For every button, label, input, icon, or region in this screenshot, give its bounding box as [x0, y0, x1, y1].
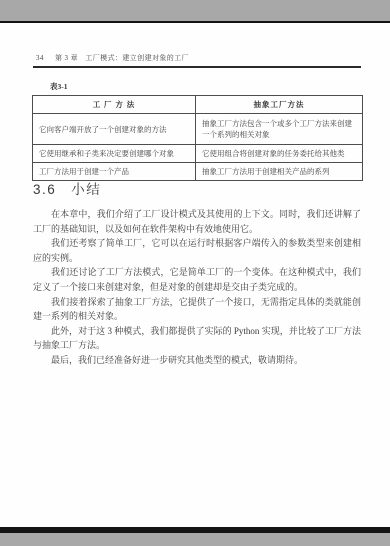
scanned-book-page-view: 34 第 3 章 工厂模式：建立创建对象的工厂 表3-1 工 厂 方 法 抽象工…: [0, 0, 390, 546]
page-number: 34: [36, 54, 44, 62]
running-header: 34 第 3 章 工厂模式：建立创建对象的工厂: [36, 53, 356, 63]
paragraph: 在本章中，我们介绍了工厂设计模式及其使用的上下文。同时，我们还讲解了工厂的基础知…: [33, 207, 361, 236]
table-cell: 它使用继承和子类来决定要创建哪个对象: [33, 145, 196, 163]
table-caption: 表3-1: [50, 81, 68, 92]
table-cell: 它向客户端开放了一个创建对象的方法: [33, 114, 196, 145]
paragraph: 我们还讨论了工厂方法模式，它是简单工厂的一个变体。在这种模式中，我们定义了一个接…: [33, 265, 361, 294]
table-row: 它使用继承和子类来决定要创建哪个对象 它使用组合将创建对象的任务委托给其他类: [33, 145, 363, 163]
table-cell: 抽象工厂方法用于创建相关产品的系列: [196, 163, 363, 181]
section-heading: 3.6 小结: [33, 178, 101, 198]
comparison-table: 工 厂 方 法 抽象工厂方法 它向客户端开放了一个创建对象的方法 抽象工厂方法包…: [32, 95, 363, 181]
table-header-cell-factory-method: 工 厂 方 法: [33, 96, 196, 114]
table-cell: 它使用组合将创建对象的任务委托给其他类: [196, 145, 363, 163]
table-cell: 抽象工厂方法包含一个或多个工厂方法来创建一个系列的相关对象: [196, 114, 363, 145]
scan-background-top: [0, 0, 390, 21]
body-text: 在本章中，我们介绍了工厂设计模式及其使用的上下文。同时，我们还讲解了工厂的基础知…: [33, 207, 361, 368]
table-header-cell-abstract-factory: 抽象工厂方法: [196, 96, 363, 114]
chapter-title: 第 3 章 工厂模式：建立创建对象的工厂: [55, 54, 189, 62]
paragraph: 我们还考察了简单工厂，它可以在运行时根据客户端传入的参数类型来创建相应的实例。: [33, 236, 361, 265]
table-row: 它向客户端开放了一个创建对象的方法 抽象工厂方法包含一个或多个工厂方法来创建一个…: [33, 114, 363, 145]
paragraph: 此外，对于这 3 种模式，我们都提供了实际的 Python 实现，并比较了工厂方…: [33, 324, 361, 353]
header-rule: [33, 66, 361, 68]
scan-background-bottom: [0, 533, 390, 546]
table-header-row: 工 厂 方 法 抽象工厂方法: [33, 96, 363, 114]
document-page: 34 第 3 章 工厂模式：建立创建对象的工厂 表3-1 工 厂 方 法 抽象工…: [0, 23, 390, 527]
paragraph: 我们接着探索了抽象工厂方法，它提供了一个接口，无需指定具体的类就能创建一系列的相…: [33, 295, 361, 324]
paragraph: 最后，我们已经准备好进一步研究其他类型的模式，敬请期待。: [33, 353, 361, 368]
